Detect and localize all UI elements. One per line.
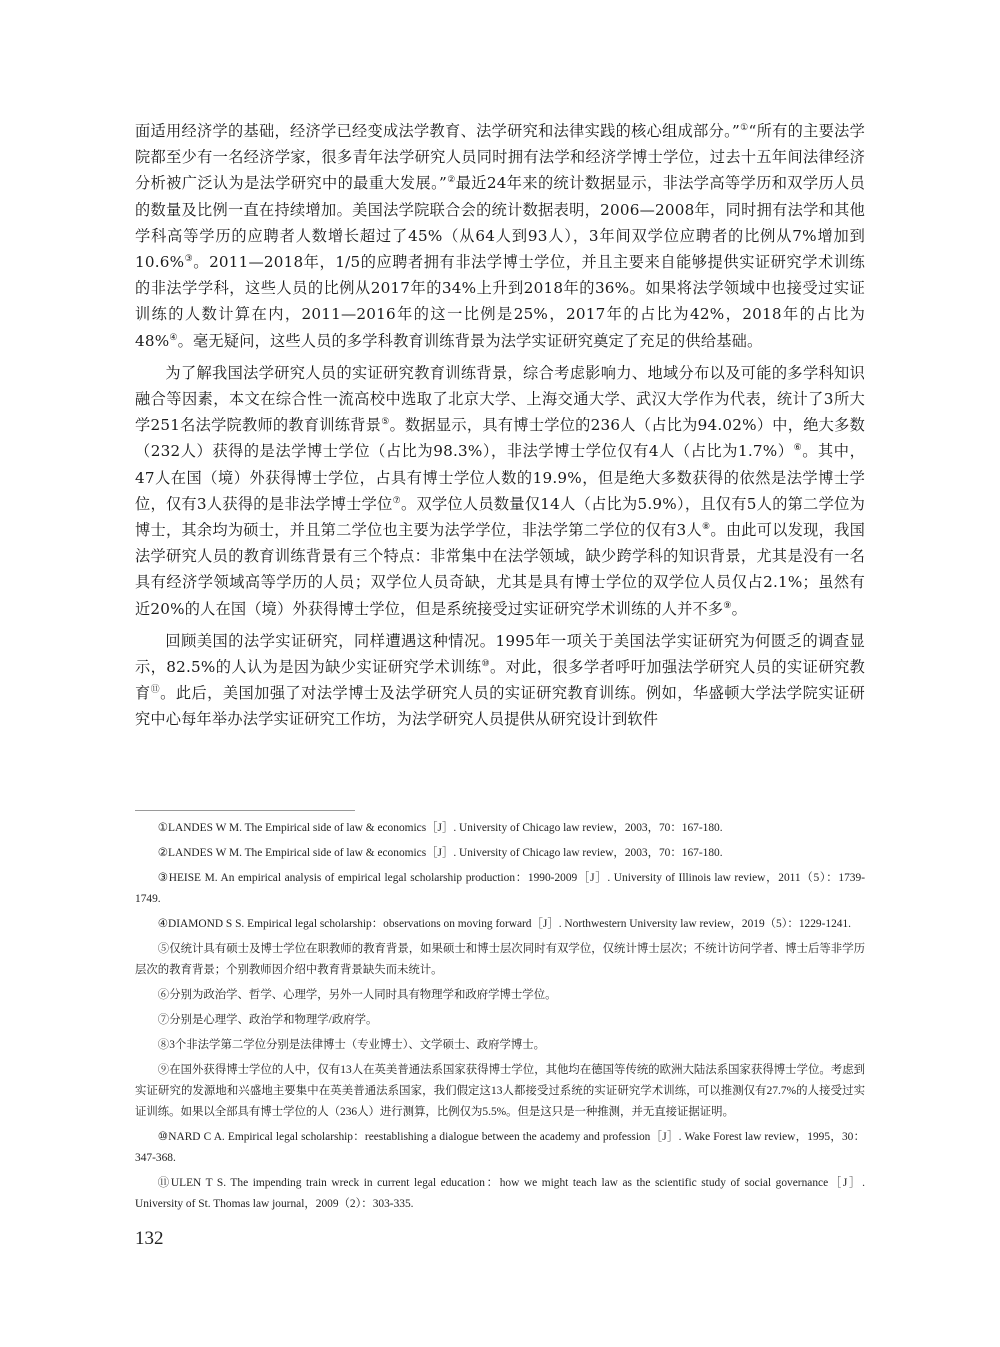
footnote-1: ①LANDES W M. The Empirical side of law &… <box>135 818 865 839</box>
footnote-marker: ⑪ <box>151 685 160 695</box>
footnote-marker: ⑦ <box>393 496 401 506</box>
footnote-6: ⑥分别为政治学、哲学、心理学，另外一人同时具有物理学和政府学博士学位。 <box>135 985 865 1006</box>
footnote-9: ⑨在国外获得博士学位的人中，仅有13人在英美普通法系国家获得博士学位，其他均在德… <box>135 1060 865 1123</box>
body-text-block: 面适用经济学的基础，经济学已经变成法学教育、法学研究和法律实践的核心组成部分。”… <box>135 118 865 739</box>
footnote-marker: ⑨ <box>723 601 731 611</box>
paragraph-1: 面适用经济学的基础，经济学已经变成法学教育、法学研究和法律实践的核心组成部分。”… <box>135 118 865 354</box>
paragraph-3: 回顾美国的法学实证研究，同样遭遇这种情况。1995年一项关于美国法学实证研究为何… <box>135 628 865 733</box>
footnote-marker: ⑤ <box>381 417 389 427</box>
footnote-5: ⑤仅统计具有硕士及博士学位在职教师的教育背景，如果硕士和博士层次同时有双学位，仅… <box>135 939 865 981</box>
footnote-separator <box>135 810 355 811</box>
footnote-marker: ③ <box>184 254 193 264</box>
footnote-10: ⑩NARD C A. Empirical legal scholarship：r… <box>135 1127 865 1169</box>
footnote-marker: ⑩ <box>482 659 491 669</box>
footnote-7: ⑦分别是心理学、政治学和物理学/政府学。 <box>135 1010 865 1031</box>
page-number: 132 <box>135 1228 164 1250</box>
footnote-8: ⑧3个非法学第二学位分别是法律博士（专业博士）、文学硕士、政府学博士。 <box>135 1035 865 1056</box>
footnote-marker: ⑧ <box>702 522 710 532</box>
footnote-3: ③HEISE M. An empirical analysis of empir… <box>135 868 865 910</box>
footnotes: ①LANDES W M. The Empirical side of law &… <box>135 818 865 1219</box>
footnote-marker: ⑥ <box>794 443 803 453</box>
footnote-4: ④DIAMOND S S. Empirical legal scholarshi… <box>135 914 865 935</box>
footnote-11: ⑪ULEN T S. The impending train wreck in … <box>135 1173 865 1215</box>
footnote-marker: ④ <box>169 333 177 343</box>
footnote-2: ②LANDES W M. The Empirical side of law &… <box>135 843 865 864</box>
paragraph-2: 为了解我国法学研究人员的实证研究教育训练背景，综合考虑影响力、地域分布以及可能的… <box>135 360 865 622</box>
footnote-marker: ① <box>740 123 749 133</box>
footnote-marker: ② <box>447 175 456 185</box>
